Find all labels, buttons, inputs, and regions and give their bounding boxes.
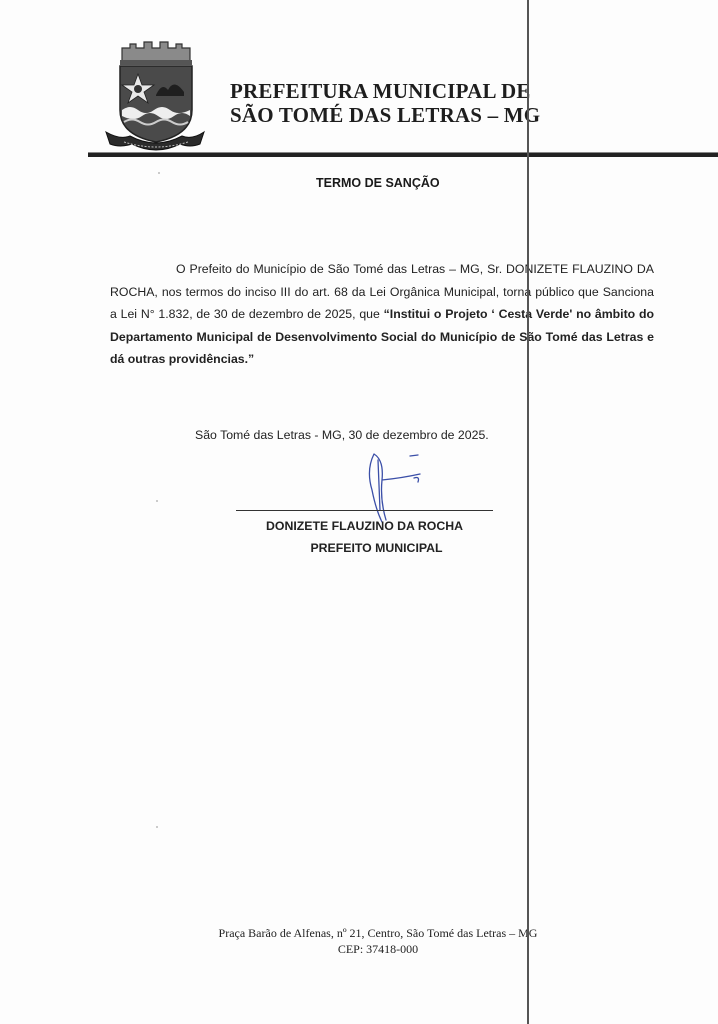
scan-speck: [156, 500, 158, 502]
footer-address-line: Praça Barão de Alfenas, nº 21, Centro, S…: [0, 925, 718, 941]
coat-of-arms-icon: [100, 40, 210, 152]
scan-fold-line: [527, 0, 529, 1024]
signatory-name: DONIZETE FLAUZINO DA ROCHA: [0, 519, 718, 533]
footer-cep: CEP: 37418-000: [0, 941, 718, 957]
scan-speck: [158, 172, 160, 174]
municipality-header: PREFEITURA MUNICIPAL DE SÃO TOMÉ DAS LET…: [230, 79, 540, 127]
header-divider: [88, 152, 718, 157]
document-title-text: TERMO DE SANÇÃO: [316, 176, 440, 190]
scan-speck: [156, 826, 158, 828]
sanction-paragraph: O Prefeito do Município de São Tomé das …: [110, 258, 654, 371]
signatory-role: PREFEITO MUNICIPAL: [0, 541, 718, 555]
date-line: São Tomé das Letras - MG, 30 de dezembro…: [195, 428, 489, 442]
header-line-1: PREFEITURA MUNICIPAL DE: [230, 79, 540, 103]
header-line-2: SÃO TOMÉ DAS LETRAS – MG: [230, 103, 540, 127]
document-page: PREFEITURA MUNICIPAL DE SÃO TOMÉ DAS LET…: [0, 0, 718, 1024]
signature-line: [236, 510, 493, 511]
footer-address: Praça Barão de Alfenas, nº 21, Centro, S…: [0, 925, 718, 957]
signature-icon: [362, 450, 432, 525]
